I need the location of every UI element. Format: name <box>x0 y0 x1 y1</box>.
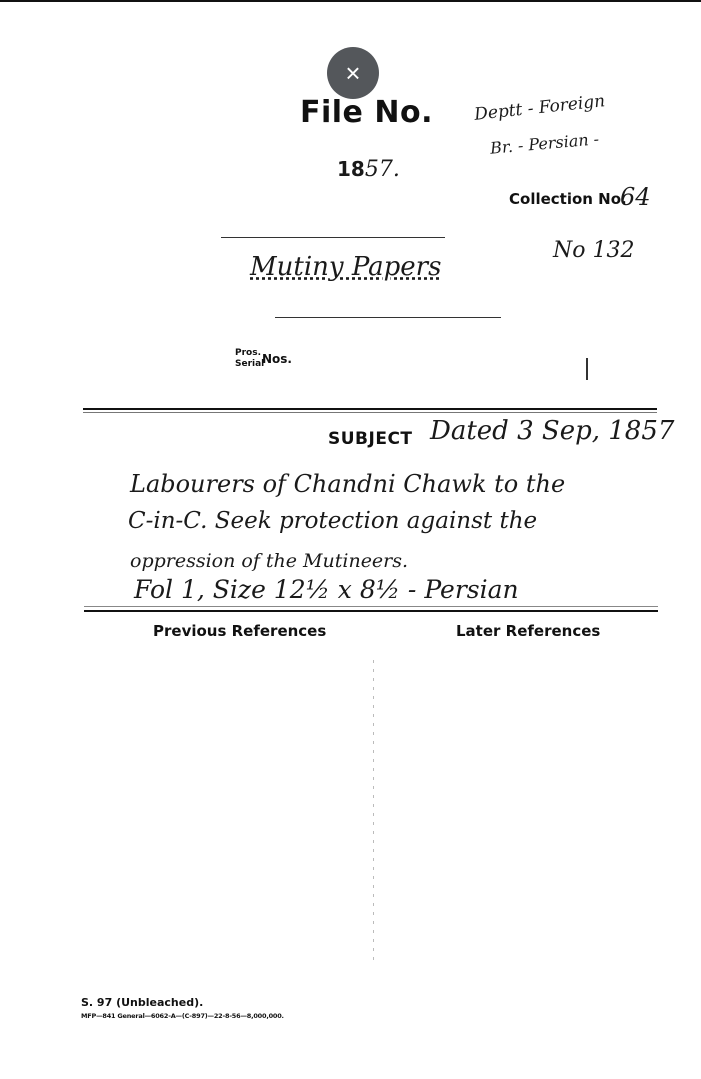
document-title: Mutiny Papers <box>250 252 441 282</box>
close-button[interactable]: × <box>327 47 379 99</box>
title-bottom-rule <box>275 317 501 318</box>
top-border <box>0 0 701 2</box>
department-line-2: Br. - Persian - <box>489 129 599 157</box>
printer-line: MFP—841 General—6062-A—(C-897)—22-8-56—8… <box>81 1012 284 1020</box>
subject-date: Dated 3 Sep, 1857 <box>430 416 674 446</box>
file-year-prefix: 18 <box>337 157 365 181</box>
title-top-rule <box>221 237 445 238</box>
subject-bottom-rule-thin <box>84 606 658 607</box>
previous-references-label: Previous References <box>153 622 326 640</box>
file-no-label: File No. <box>300 95 433 130</box>
subject-line-3: oppression of the Mutineers. <box>130 550 408 572</box>
pros-label: Pros. <box>235 348 264 359</box>
file-year-hand: 57. <box>365 157 400 182</box>
collection-label: Collection No. <box>509 190 627 208</box>
later-references-label: Later References <box>456 622 600 640</box>
nos-label: Nos. <box>262 352 292 366</box>
close-icon: × <box>345 60 360 86</box>
file-year: 1857. <box>337 157 400 182</box>
number-value: No 132 <box>553 238 634 263</box>
department-line-1: Deptt - Foreign <box>473 91 606 125</box>
collection-value: 64 <box>620 183 651 211</box>
subject-line-4: Fol 1, Size 12½ x 8½ - Persian <box>134 575 519 604</box>
subject-label: SUBJECT <box>328 429 413 449</box>
pros-serial-label: Pros. Serial <box>235 348 264 370</box>
subject-line-2: C-in-C. Seek protection against the <box>128 508 537 534</box>
serial-label: Serial <box>235 359 264 370</box>
subject-bottom-rule <box>84 610 658 612</box>
serial-mark <box>586 358 588 380</box>
subject-line-1: Labourers of Chandni Chawk to the <box>130 470 565 498</box>
subject-top-rule <box>83 408 657 410</box>
column-divider <box>373 660 374 960</box>
subject-top-rule-thin <box>83 412 657 413</box>
form-number: S. 97 (Unbleached). <box>81 996 203 1009</box>
